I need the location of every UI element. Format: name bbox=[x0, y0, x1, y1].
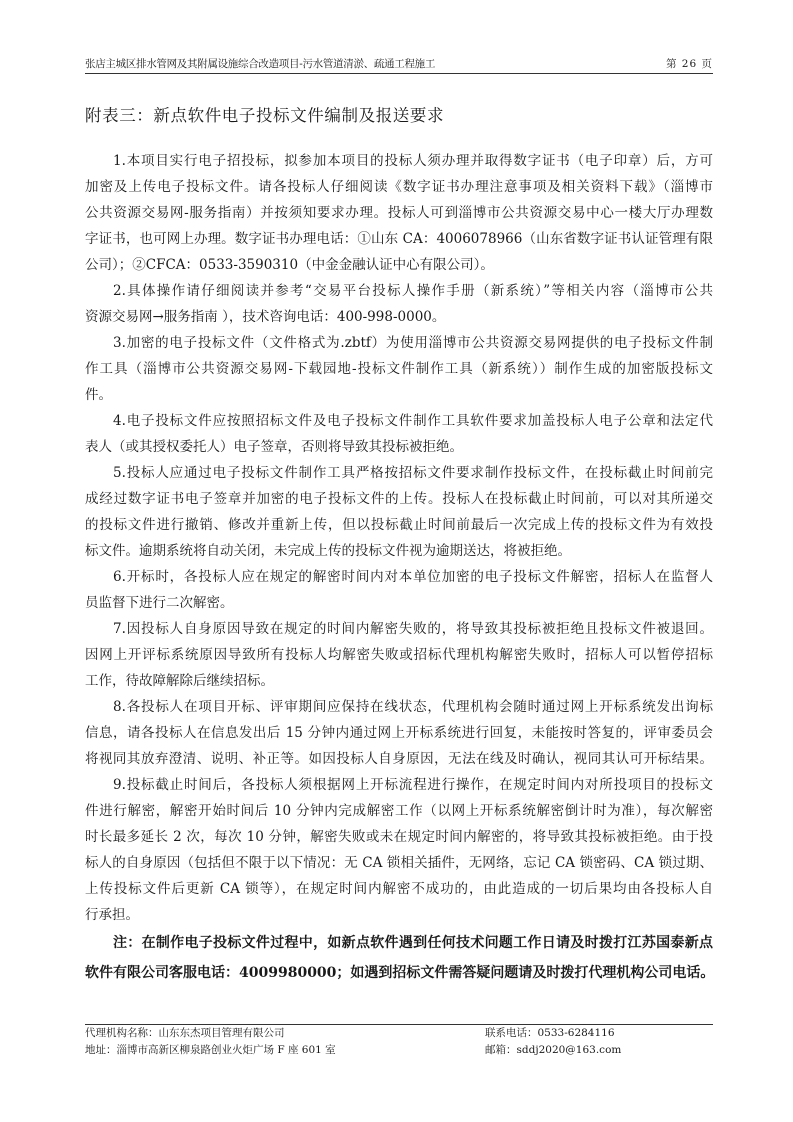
text-line: 3.加密的电子投标文件（文件格式为.zbtf）为使用淄博市公共资源交易网提供的电… bbox=[85, 330, 713, 356]
text-line: 件进行解密，解密开始时间后 10 分钟内完成解密工作（以网上开标系统解密倒计时为… bbox=[85, 798, 713, 824]
paragraph-2: 2.具体操作请仔细阅读并参考“交易平台投标人操作手册（新系统）”等相关内容（淄博… bbox=[85, 278, 713, 330]
paragraph-6: 6.开标时，各投标人应在规定的解密时间内对本单位加密的电子投标文件解密，招标人在… bbox=[85, 564, 713, 616]
text-line: 1.本项目实行电子招投标，拟参加本项目的投标人须办理并取得数字证书（电子印章）后… bbox=[85, 148, 713, 174]
text-line: 9.投标截止时间后，各投标人须根据网上开标流程进行操作，在规定时间内对所投项目的… bbox=[85, 772, 713, 798]
text-line: 资源交易网→服务指南 ），技术咨询电话：400-998-0000。 bbox=[85, 304, 713, 330]
note-line: 注：在制作电子投标文件过程中，如新点软件遇到任何技术问题工作日请及时拨打江苏国泰… bbox=[85, 928, 713, 958]
text-line: 行承担。 bbox=[85, 902, 713, 928]
paragraph-7: 7.因投标人自身原因导致在规定的时间内解密失败的，将导致其投标被拒绝且投标文件被… bbox=[85, 616, 713, 694]
text-line: 件。 bbox=[85, 382, 713, 408]
text-line: 公司）；②CFCA：0533-3590310（中金金融认证中心有限公司）。 bbox=[85, 252, 713, 278]
text-line: 的投标文件进行撤销、修改并重新上传，但以投标截止时间前最后一次完成上传的投标文件… bbox=[85, 512, 713, 538]
page-footer: 代理机构名称：山东东杰项目管理有限公司 联系电话：0533-6284116 地址… bbox=[85, 1024, 713, 1059]
text-line: 成经过数字证书电子签章并加密的电子投标文件的上传。投标人在投标截止时间前，可以对… bbox=[85, 486, 713, 512]
agency-name: 代理机构名称：山东东杰项目管理有限公司 bbox=[85, 1025, 285, 1042]
text-line: 员监督下进行二次解密。 bbox=[85, 590, 713, 616]
text-line: 作工具（淄博市公共资源交易网-下载园地-投标文件制作工具（新系统））制作生成的加… bbox=[85, 356, 713, 382]
paragraph-5: 5.投标人应通过电子投标文件制作工具严格按招标文件要求制作投标文件，在投标截止时… bbox=[85, 460, 713, 564]
text-line: 表人（或其授权委托人）电子签章，否则将导致其投标被拒绝。 bbox=[85, 434, 713, 460]
text-line: 5.投标人应通过电子投标文件制作工具严格按招标文件要求制作投标文件，在投标截止时… bbox=[85, 460, 713, 486]
text-line: 4.电子投标文件应按照招标文件及电子投标文件制作工具软件要求加盖投标人电子公章和… bbox=[85, 408, 713, 434]
text-line: 8.各投标人在项目开标、评审期间应保持在线状态，代理机构会随时通过网上开标系统发… bbox=[85, 694, 713, 720]
text-line: 公共资源交易网-服务指南）并按须知要求办理。投标人可到淄博市公共资源交易中心一楼… bbox=[85, 200, 713, 226]
paragraph-8: 8.各投标人在项目开标、评审期间应保持在线状态，代理机构会随时通过网上开标系统发… bbox=[85, 694, 713, 772]
text-line: 2.具体操作请仔细阅读并参考“交易平台投标人操作手册（新系统）”等相关内容（淄博… bbox=[85, 278, 713, 304]
agency-address: 地址：淄博市高新区柳泉路创业火炬广场 F 座 601 室 bbox=[85, 1042, 336, 1059]
text-line: 字证书，也可网上办理。数字证书办理电话：①山东 CA：4006078966（山东… bbox=[85, 226, 713, 252]
text-line: 工作，待故障解除后继续招标。 bbox=[85, 668, 713, 694]
text-line: 6.开标时，各投标人应在规定的解密时间内对本单位加密的电子投标文件解密，招标人在… bbox=[85, 564, 713, 590]
text-line: 信息，请各投标人在信息发出后 15 分钟内通过网上开标系统进行回复，未能按时答复… bbox=[85, 720, 713, 746]
paragraph-9: 9.投标截止时间后，各投标人须根据网上开标流程进行操作，在规定时间内对所投项目的… bbox=[85, 772, 713, 928]
text-line: 标文件。逾期系统将自动关闭，未完成上传的投标文件视为逾期送达，将被拒绝。 bbox=[85, 538, 713, 564]
page-header: 张店主城区排水管网及其附属设施综合改造项目-污水管道清淤、疏通工程施工 第 26… bbox=[85, 56, 713, 74]
page-number: 第 26 页 bbox=[666, 56, 713, 72]
paragraph-1: 1.本项目实行电子招投标，拟参加本项目的投标人须办理并取得数字证书（电子印章）后… bbox=[85, 148, 713, 278]
contact-phone: 联系电话：0533-6284116 bbox=[485, 1025, 615, 1042]
project-title: 张店主城区排水管网及其附属设施综合改造项目-污水管道清淤、疏通工程施工 bbox=[85, 56, 435, 72]
text-line: 因网上开评标系统原因导致所有投标人均解密失败或招标代理机构解密失败时，招标人可以… bbox=[85, 642, 713, 668]
note-line: 软件有限公司客服电话：4009980000；如遇到招标文件需答疑问题请及时拨打代… bbox=[85, 958, 713, 988]
text-line: 时长最多延长 2 次，每次 10 分钟，解密失败或未在规定时间内解密的，将导致其… bbox=[85, 824, 713, 850]
paragraph-4: 4.电子投标文件应按照招标文件及电子投标文件制作工具软件要求加盖投标人电子公章和… bbox=[85, 408, 713, 460]
paragraph-3: 3.加密的电子投标文件（文件格式为.zbtf）为使用淄博市公共资源交易网提供的电… bbox=[85, 330, 713, 408]
text-line: 7.因投标人自身原因导致在规定的时间内解密失败的，将导致其投标被拒绝且投标文件被… bbox=[85, 616, 713, 642]
text-line: 上传投标文件后更新 CA 锁等），在规定时间内解密不成功的，由此造成的一切后果均… bbox=[85, 876, 713, 902]
note-paragraph: 注：在制作电子投标文件过程中，如新点软件遇到任何技术问题工作日请及时拨打江苏国泰… bbox=[85, 928, 713, 988]
text-line: 标人的自身原因（包括但不限于以下情况：无 CA 锁相关插件，无网络，忘记 CA … bbox=[85, 850, 713, 876]
document-body: 1.本项目实行电子招投标，拟参加本项目的投标人须办理并取得数字证书（电子印章）后… bbox=[85, 148, 713, 988]
contact-email: 邮箱：sddj2020@163.com bbox=[485, 1042, 621, 1059]
text-line: 加密及上传电子投标文件。请各投标人仔细阅读《数字证书办理注意事项及相关资料下载》… bbox=[85, 174, 713, 200]
text-line: 将视同其放弃澄清、说明、补正等。如因投标人自身原因，无法在线及时确认，视同其认可… bbox=[85, 746, 713, 772]
section-title: 附表三：新点软件电子投标文件编制及报送要求 bbox=[85, 104, 444, 128]
